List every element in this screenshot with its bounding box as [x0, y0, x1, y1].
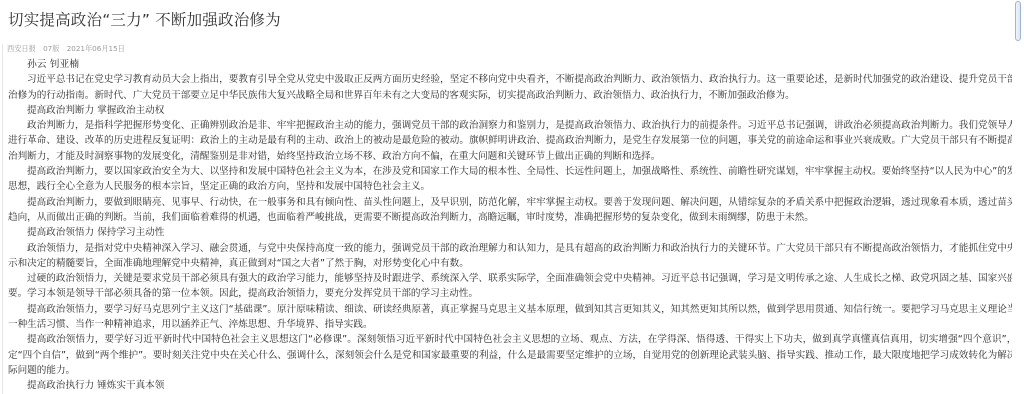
article-meta: 西安日报 07版 2021年06月15日 [7, 44, 130, 54]
article-body: 孙云 钊亚楠 习近平总书记在党史学习教育动员大会上指出，要教育引导全党从党史中汲… [8, 57, 1012, 394]
paragraph: 政治判断力，是指科学把握形势变化、正确辨别政治是非、牢牢把握政治主动的能力，强调… [8, 118, 1012, 164]
section-heading-comprehension: 提高政治领悟力 保持学习主动性 [8, 225, 1012, 240]
page-number: 07版 [43, 44, 59, 53]
newspaper-source: 西安日报 [7, 44, 36, 53]
article-author: 孙云 钊亚楠 [8, 57, 1012, 72]
scrollbar-thumb[interactable] [1015, 1, 1021, 41]
paragraph: 政治领悟力，是指对党中央精神深入学习、融会贯通，与党中央保持高度一致的能力，强调… [8, 241, 1012, 272]
paragraph: 过硬的政治领悟力，关键是要求党员干部必须具有强大的政治学习能力，能够坚持及时跟进… [8, 271, 1012, 302]
article-title: 切实提高政治“三力” 不断加强政治修为 [8, 10, 281, 30]
section-heading-judgment: 提高政治判断力 掌握政治主动权 [8, 103, 1012, 118]
paragraph: 提高政治判断力，要以国家政治安全为大、以坚持和发展中国特色社会主义为本，在涉及党… [8, 164, 1012, 195]
paragraph: 提高政治领悟力，要学好习近平新时代中国特色社会主义思想这门“必修课”。深刻领悟习… [8, 332, 1012, 378]
paragraph: 提高政治领悟力，要学习好马克思列宁主义这门“基础课”。原汁原味精读、细读、研读经… [8, 302, 1012, 333]
publish-date: 2021年06月15日 [67, 44, 125, 53]
article-page: 切实提高政治“三力” 不断加强政治修为 西安日报 07版 2021年06月15日… [0, 0, 1012, 394]
paragraph-intro: 习近平总书记在党史学习教育动员大会上指出，要教育引导全党从党史中汲取正反两方面历… [8, 72, 1012, 103]
left-border-rule [2, 44, 3, 394]
vertical-scrollbar[interactable] [1012, 0, 1024, 394]
paragraph: 提高政治判断力，要做到眼睛亮、见事早、行动快，在一般事务和具有倾向性、苗头性问题… [8, 195, 1012, 226]
section-heading-execution: 提高政治执行力 锤炼实干真本领 [8, 378, 1012, 393]
